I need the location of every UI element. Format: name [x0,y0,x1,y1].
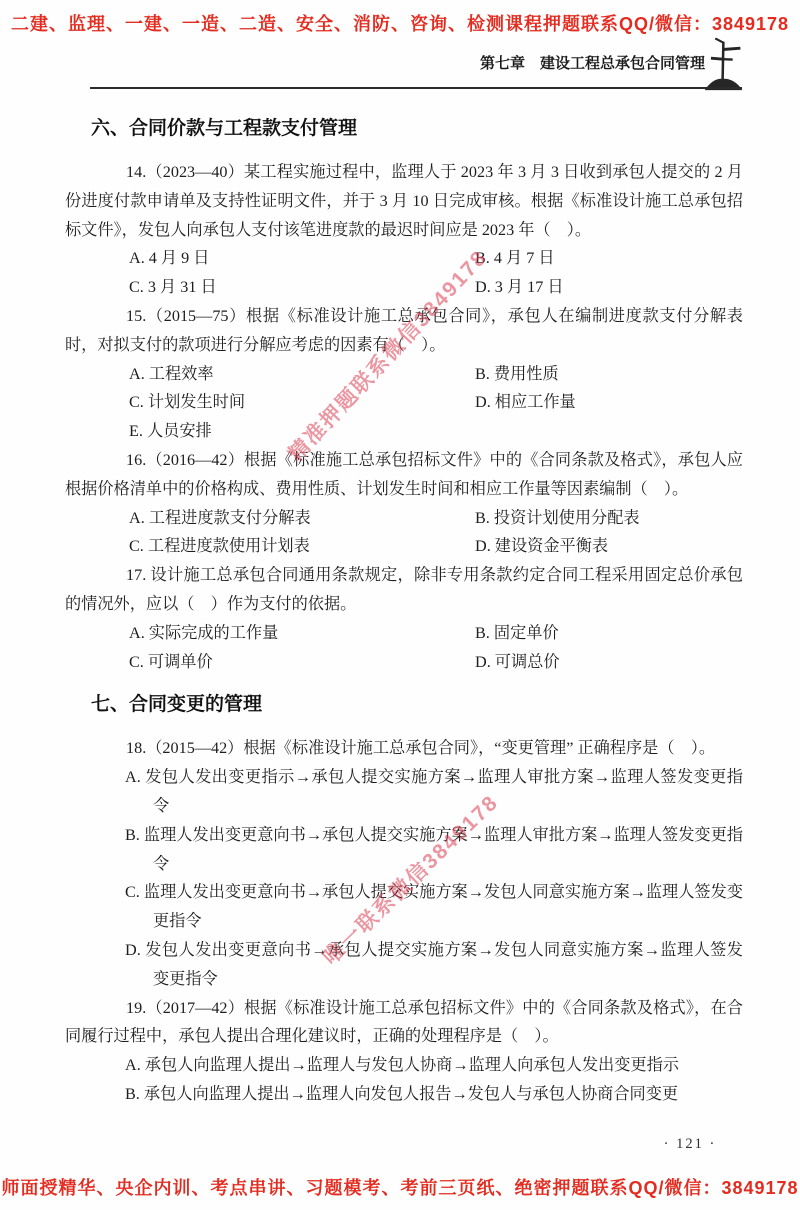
question-stem: 14.（2023—40）某工程实施过程中，监理人于 2023 年 3 月 3 日… [65,158,743,244]
section-title: 七、合同变更的管理 [91,692,743,718]
header-divider-line [90,87,742,89]
options-list: A. 发包人发出变更指示→承包人提交实施方案→监理人审批方案→监理人签发变更指令… [125,763,743,993]
bottom-ad-banner: 师面授精华、央企内训、考点串讲、习题模考、考前三页纸、绝密押题联系QQ/微信：3… [0,1174,800,1200]
top-ad-banner: 二建、监理、一建、一造、二造、安全、消防、咨询、检测课程押题联系QQ/微信：38… [0,10,800,36]
option: C. 计划发生时间 [129,388,475,417]
options-list: A. 实际完成的工作量B. 固定单价C. 可调单价D. 可调总价 [129,619,743,677]
option: A. 工程效率 [129,360,475,389]
options-list: A. 4 月 9 日B. 4 月 7 日C. 3 月 31 日D. 3 月 17… [129,244,743,302]
option: B. 承包人向监理人提出→监理人向发包人报告→发包人与承包人协商合同变更 [125,1080,743,1109]
question-stem: 19.（2017—42）根据《标准设计施工总承包招标文件》中的《合同条款及格式》… [65,994,743,1052]
options-list: A. 工程进度款支付分解表B. 投资计划使用分配表C. 工程进度款使用计划表D.… [129,504,743,562]
options-list: A. 承包人向监理人提出→监理人与发包人协商→监理人向承包人发出变更指示B. 承… [125,1051,743,1109]
question-stem: 17. 设计施工总承包合同通用条款规定，除非专用条款约定合同工程采用固定总价承包… [65,561,743,619]
option: A. 实际完成的工作量 [129,619,475,648]
question-stem: 15.（2015—75）根据《标准设计施工总承包合同》，承包人在编制进度款支付分… [65,302,743,360]
option: A. 承包人向监理人提出→监理人与发包人协商→监理人向承包人发出变更指示 [125,1051,743,1080]
option: C. 监理人发出变更意向书→承包人提交实施方案→发包人同意实施方案→监理人签发变… [125,878,743,936]
question-stem: 18.（2015—42）根据《标准设计施工总承包合同》，“变更管理” 正确程序是… [65,734,743,763]
chapter-header: 第七章 建设工程总承包合同管理 [480,52,705,73]
option: A. 工程进度款支付分解表 [129,504,475,533]
options-list: A. 工程效率B. 费用性质C. 计划发生时间D. 相应工作量E. 人员安排 [129,360,743,446]
option: C. 可调单价 [129,648,475,677]
option: D. 建设资金平衡表 [475,532,743,561]
section-title: 六、合同价款与工程款支付管理 [91,116,743,142]
scanned-book-page: 二建、监理、一建、一造、二造、安全、消防、咨询、检测课程押题联系QQ/微信：38… [0,0,800,1210]
option: A. 4 月 9 日 [129,244,475,273]
option: E. 人员安排 [129,417,475,446]
option: A. 发包人发出变更指示→承包人提交实施方案→监理人审批方案→监理人签发变更指令 [125,763,743,821]
option: B. 费用性质 [475,360,743,389]
question-stem: 16.（2016—42）根据《标准施工总承包招标文件》中的《合同条款及格式》，承… [65,446,743,504]
page-content: 六、合同价款与工程款支付管理14.（2023—40）某工程实施过程中，监理人于 … [65,110,743,1109]
option: D. 可调总价 [475,648,743,677]
option: B. 投资计划使用分配表 [475,504,743,533]
option: C. 3 月 31 日 [129,273,475,302]
page-number: · 121 · [630,1136,750,1153]
option: B. 4 月 7 日 [475,244,743,273]
option: D. 发包人发出变更意向书→承包人提交实施方案→发包人同意实施方案→监理人签发变… [125,936,743,994]
option: D. 相应工作量 [475,388,743,417]
signpost-tree-icon [698,35,748,93]
option: B. 监理人发出变更意向书→承包人提交实施方案→监理人审批方案→监理人签发变更指… [125,821,743,879]
option: C. 工程进度款使用计划表 [129,532,475,561]
option: D. 3 月 17 日 [475,273,743,302]
option: B. 固定单价 [475,619,743,648]
